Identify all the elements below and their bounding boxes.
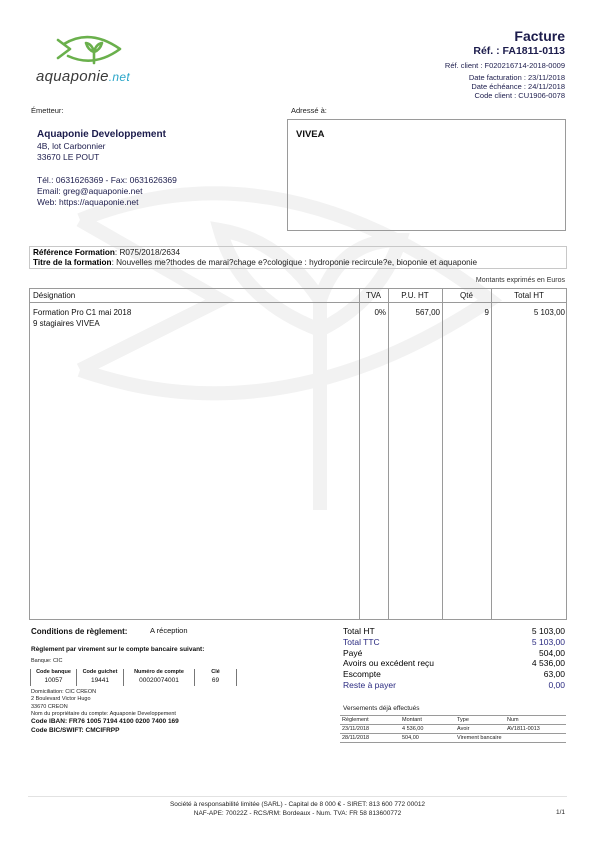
payments-col-num: Num <box>507 716 519 724</box>
item-total-ht: 5 103,00 <box>491 307 565 318</box>
payments-col-type: Type <box>457 716 469 724</box>
emitter-address2: 33670 LE POUT <box>37 152 177 163</box>
emitter-email[interactable]: Email: greg@aquaponie.net <box>37 186 177 197</box>
invoice-header: Facture Réf. : FA1811-0113 Réf. client :… <box>445 28 565 100</box>
bank-name: Banque: CIC <box>31 658 63 664</box>
payments-col-amount: Montant <box>402 716 422 724</box>
key-header: Clé <box>195 669 236 676</box>
item-pu-ht: 567,00 <box>388 307 440 318</box>
formation-ref-value: : R075/2018/2634 <box>115 248 180 257</box>
discount-value: 63,00 <box>544 669 565 680</box>
table-row: 28/11/2018 504,00 Virement bancaire <box>340 734 566 743</box>
discount-label: Escompte <box>343 669 381 680</box>
due-date: Date échéance : 24/11/2018 <box>445 82 565 91</box>
domiciliation-address1: 2 Boulevard Victor Hugo <box>31 696 176 703</box>
item-tva: 0% <box>359 307 386 318</box>
item-designation: Formation Pro C1 mai 2018 <box>33 307 131 318</box>
emitter-web[interactable]: Web: https://aquaponie.net <box>37 197 177 208</box>
client-code: Code client : CU1906-0078 <box>445 91 565 100</box>
branch-code-value: 19441 <box>77 676 123 685</box>
payment-date: 23/11/2018 <box>342 725 369 733</box>
branch-code-header: Code guichet <box>77 669 123 676</box>
total-row: Payé504,00 <box>343 648 565 659</box>
col-header-pu-ht: P.U. HT <box>388 291 442 300</box>
formation-title-label: Titre de la formation <box>33 258 112 267</box>
total-ttc-value: 5 103,00 <box>532 637 565 648</box>
footer: Société à responsabilité limitée (SARL) … <box>0 800 595 818</box>
emitter-label: Émetteur: <box>31 106 64 115</box>
account-number-cell: Numéro de compte 00020074001 <box>123 669 194 686</box>
item-qty: 9 <box>442 307 489 318</box>
account-number-header: Numéro de compte <box>124 669 194 676</box>
invoice-reference: Réf. : FA1811-0113 <box>445 44 565 58</box>
iban: Code IBAN: FR76 1005 7194 4100 0200 7400… <box>31 718 179 727</box>
credits-label: Avoirs ou excédent reçu <box>343 658 434 669</box>
payment-type: Avoir <box>457 725 469 733</box>
col-header-tva: TVA <box>359 291 388 300</box>
col-header-designation: Désignation <box>33 291 75 300</box>
footer-legal-line1: Société à responsabilité limitée (SARL) … <box>0 800 595 809</box>
branch-code-cell: Code guichet 19441 <box>76 669 123 686</box>
payments-header-row: Règlement Montant Type Num <box>340 715 566 725</box>
payment-date: 28/11/2018 <box>342 734 369 742</box>
formation-box: Référence Formation: R075/2018/2634 Titr… <box>29 246 567 269</box>
formation-title-value: : Nouvelles me?thodes de marai?chage e?c… <box>112 258 478 267</box>
fish-leaf-icon <box>54 34 130 68</box>
payment-conditions-label: Conditions de règlement: <box>31 627 127 636</box>
remaining-label: Reste à payer <box>343 680 396 691</box>
bank-code-cell: Code banque 10057 <box>30 669 76 686</box>
account-number-value: 00020074001 <box>124 676 194 685</box>
paid-label: Payé <box>343 648 362 659</box>
bank-code-header: Code banque <box>31 669 76 676</box>
payment-num[interactable]: AV1811-0013 <box>507 725 540 733</box>
payments-made-title: Versements déjà effectués <box>343 705 419 712</box>
table-row: Formation Pro C1 mai 2018 9 stagiaires V… <box>33 307 131 329</box>
bank-transfer-label: Règlement par virement sur le compte ban… <box>31 646 204 653</box>
recipient-name: VIVEA <box>296 129 325 140</box>
emitter-phone: Tél.: 0631626369 - Fax: 0631626369 <box>37 175 177 186</box>
footer-divider <box>28 796 567 797</box>
iban-block: Code IBAN: FR76 1005 7194 4100 0200 7400… <box>31 718 179 735</box>
total-row: Avoirs ou excédent reçu4 536,00 <box>343 658 565 669</box>
total-row: Reste à payer0,00 <box>343 680 565 691</box>
totals-block: Total HT5 103,00 Total TTC5 103,00 Payé5… <box>343 626 565 691</box>
company-logo: aquaponie.net <box>36 34 146 90</box>
recipient-label: Adressé à: <box>291 106 327 115</box>
payments-made-table: Règlement Montant Type Num 23/11/2018 4 … <box>340 715 566 743</box>
total-row: Total TTC5 103,00 <box>343 637 565 648</box>
bic: Code BIC/SWIFT: CMCIFRPP <box>31 727 179 736</box>
footer-legal-line2: NAF-APE: 70022Z - RCS/RM: Bordeaux - Num… <box>0 809 595 818</box>
payment-conditions-value: A réception <box>150 626 188 635</box>
page-number: 1/1 <box>556 809 565 816</box>
key-cell: Clé 69 <box>194 669 237 686</box>
domiciliation-block: Domiciliation: CIC CREON 2 Boulevard Vic… <box>31 689 176 718</box>
remaining-value: 0,00 <box>548 680 565 691</box>
logo-tld: .net <box>109 70 130 84</box>
paid-value: 504,00 <box>539 648 565 659</box>
payment-amount: 504,00 <box>402 734 419 742</box>
formation-reference: Référence Formation: R075/2018/2634 <box>33 248 563 258</box>
total-ttc-label: Total TTC <box>343 637 380 648</box>
total-row: Escompte63,00 <box>343 669 565 680</box>
logo-brand: aquaponie <box>36 68 109 85</box>
recipient-box: VIVEA <box>287 119 566 231</box>
key-value: 69 <box>195 676 236 685</box>
emitter-name: Aquaponie Developpement <box>37 128 177 141</box>
total-ht-label: Total HT <box>343 626 375 637</box>
items-table: Désignation TVA P.U. HT Qté Total HT For… <box>29 288 567 620</box>
item-description: 9 stagiaires VIVEA <box>33 318 131 329</box>
formation-title: Titre de la formation: Nouvelles me?thod… <box>33 258 563 268</box>
formation-ref-label: Référence Formation <box>33 248 115 257</box>
total-ht-value: 5 103,00 <box>532 626 565 637</box>
col-header-qty: Qté <box>442 291 491 300</box>
bank-code-value: 10057 <box>31 676 76 685</box>
payment-type: Virement bancaire <box>457 734 502 742</box>
emitter-block: Aquaponie Developpement 4B, lot Carbonni… <box>37 128 177 208</box>
invoice-date: Date facturation : 23/11/2018 <box>445 73 565 82</box>
table-row: 23/11/2018 4 536,00 Avoir AV1811-0013 <box>340 725 566 734</box>
currency-note: Montants exprimés en Euros <box>476 277 565 284</box>
total-row: Total HT5 103,00 <box>343 626 565 637</box>
col-header-total-ht: Total HT <box>491 291 567 300</box>
invoice-title: Facture <box>445 28 565 44</box>
domiciliation-address2: 33670 CREON <box>31 704 176 711</box>
emitter-address1: 4B, lot Carbonnier <box>37 141 177 152</box>
credits-value: 4 536,00 <box>532 658 565 669</box>
domiciliation: Domiciliation: CIC CREON <box>31 689 176 696</box>
payment-amount: 4 536,00 <box>402 725 423 733</box>
logo-wordmark: aquaponie.net <box>36 68 130 85</box>
client-reference: Réf. client : F020216714-2018-0009 <box>445 61 565 70</box>
payments-col-date: Règlement <box>342 716 369 724</box>
